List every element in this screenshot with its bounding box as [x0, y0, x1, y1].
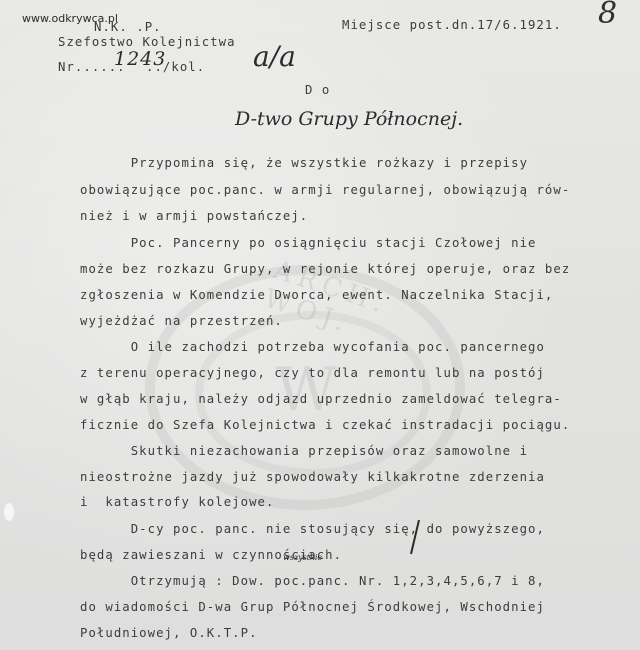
body-line-6: zgłoszenia w Komendzie Dworca, ewent. Na…	[80, 288, 553, 302]
body-line-8: O ile zachodzi potrzeba wycofania poc. p…	[80, 340, 545, 354]
reference-suffix: ../kol.	[146, 60, 205, 74]
document-page: ARCH. WOJ. W www.odkrywca.pl 8 N.K. .P. …	[0, 0, 640, 650]
recipient-handwritten: D-two Grupy Północnej.	[235, 108, 463, 130]
to-label: D o	[305, 83, 330, 97]
handwritten-annotation: wszystkie	[283, 553, 322, 562]
body-line-4: Poc. Pancerny po osiągnięciu stacji Czoł…	[80, 236, 536, 250]
body-line-15: D-cy poc. panc. nie stosujący się, do po…	[80, 522, 545, 536]
page-number: 8	[598, 0, 617, 31]
org-abbrev: N.K. .P.	[94, 20, 162, 34]
body-line-12: Skutki niezachowania przepisów oraz samo…	[80, 444, 528, 458]
body-line-10: w głąb kraju, należy odjazd uprzednio za…	[80, 392, 562, 406]
body-line-1: Przypomina się, że wszystkie rożkazy i p…	[80, 156, 528, 170]
body-line-9: z terenu operacyjnego, czy to dla remont…	[80, 366, 545, 380]
handwritten-mark: a/a	[253, 40, 296, 73]
handwritten-stroke	[405, 518, 425, 558]
body-line-13: nieostrożne jazdy już spowodowały kilkak…	[80, 470, 545, 484]
place-date: Miejsce post.dn.17/6.1921.	[342, 18, 562, 32]
body-line-3: nież i w armji powstańczej.	[80, 209, 308, 223]
body-line-7: wyjeżdżać na przestrzeń.	[80, 314, 283, 328]
department-name: Szefostwo Kolejnictwa	[58, 35, 236, 49]
body-line-14: i katastrofy kolejowe.	[80, 495, 274, 509]
body-line-17: Otrzymują : Dow. poc.panc. Nr. 1,2,3,4,5…	[80, 574, 545, 588]
body-line-5: może bez rozkazu Grupy, w rejonie której…	[80, 262, 570, 276]
body-line-18: do wiadomości D-wa Grup Północnej Środko…	[80, 600, 545, 614]
body-line-2: obowiązujące poc.panc. w armji regularne…	[80, 183, 570, 197]
body-line-19: Południowej, O.K.T.P.	[80, 626, 258, 640]
body-line-11: ficznie do Szefa Kolejnictwa i czekać in…	[80, 418, 570, 432]
punch-hole	[4, 503, 14, 521]
